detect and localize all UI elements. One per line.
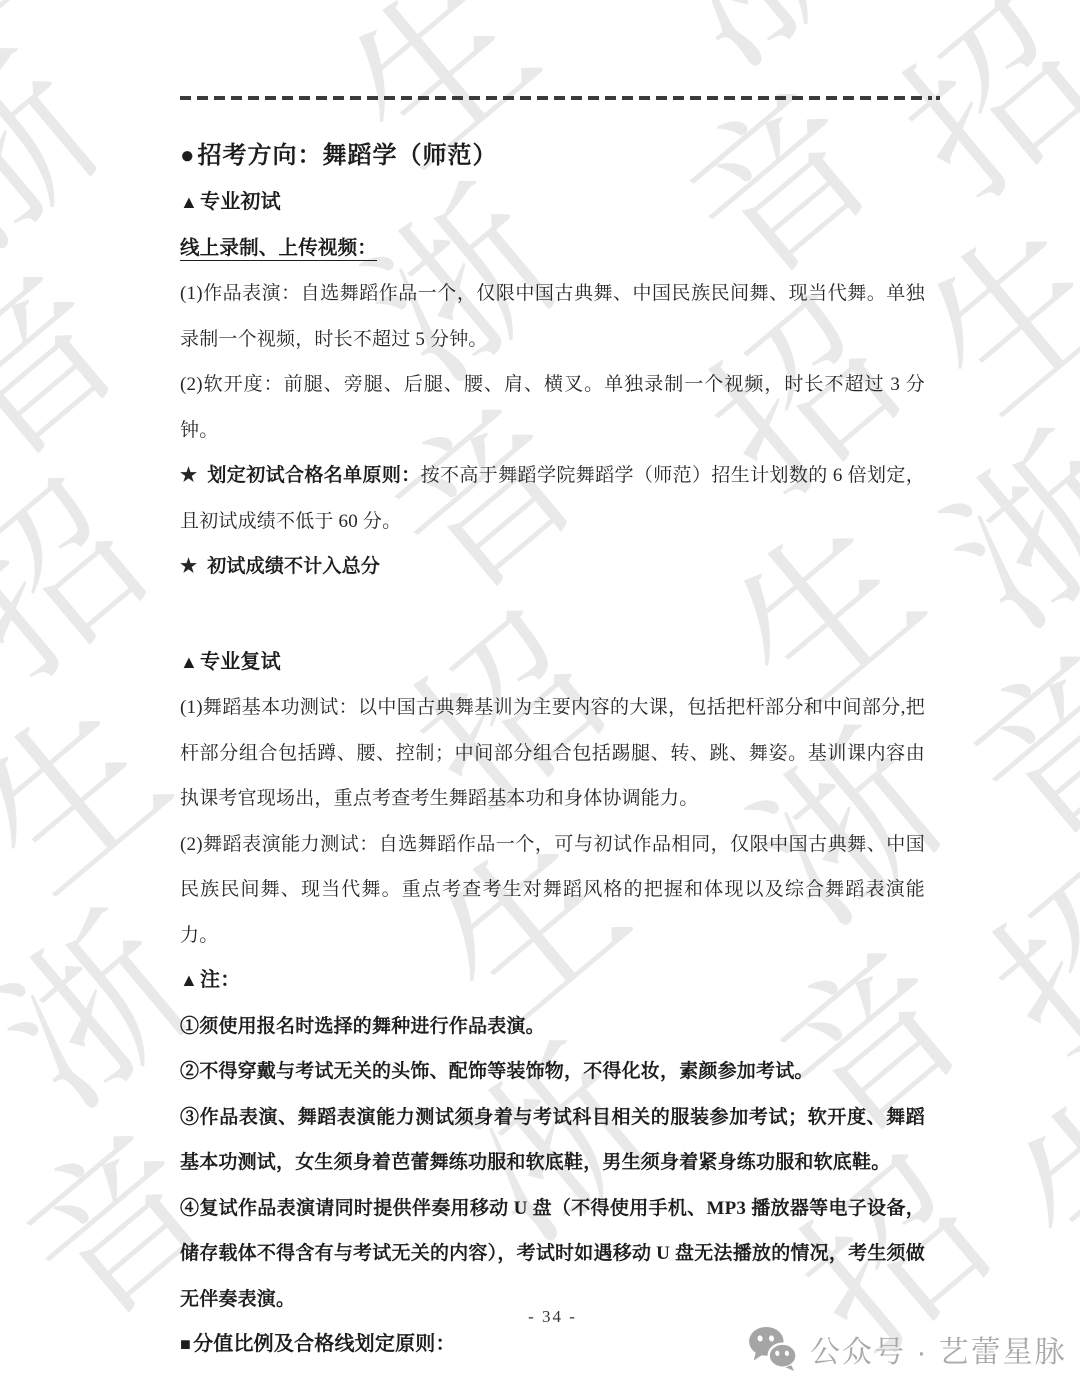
note-item-4: ④复试作品表演请同时提供伴奏用移动 U 盘（不得使用手机、MP3 播放器等电子设… [180,1186,925,1323]
circle-bullet-icon: ● [180,143,196,169]
section-heading-second-test: ▲专业复试 [180,640,925,686]
paragraph-second-test-item-1: (1)舞蹈基本功测试：以中国古典舞基训为主要内容的大课，包括把杆部分和中间部分,… [180,685,925,822]
wechat-account-label: 公众号 · 艺蕾星脉 [810,1327,1067,1371]
page-title-text: 招考方向：舞蹈学（师范） [198,143,498,169]
star-note-qualification-rule: ★划定初试合格名单原则：按不高于舞蹈学院舞蹈学（师范）招生计划数的 6 倍划定，… [180,453,925,544]
note-item-2: ②不得穿戴与考试无关的头饰、配饰等装饰物，不得化妆，素颜参加考试。 [180,1049,925,1095]
section-heading-text: 分值比例及合格线划定原则： [193,1333,456,1355]
subheading-online-recording: 线上录制、上传视频： [180,226,925,272]
paragraph-first-test-item-1: (1)作品表演：自选舞蹈作品一个，仅限中国古典舞、中国民族民间舞、现当代舞。单独… [180,271,925,362]
section-heading-text: 专业复试 [200,651,281,673]
square-bullet-icon: ■ [180,1334,191,1354]
section-heading-notes: ▲注： [180,958,925,1004]
note-item-3: ③作品表演、舞蹈表演能力测试须身着与考试科目相关的服装参加考试；软开度、舞蹈基本… [180,1095,925,1186]
paragraph-second-test-item-2: (2)舞蹈表演能力测试：自选舞蹈作品一个，可与初试作品相同，仅限中国古典舞、中国… [180,822,925,959]
star-icon: ★ [180,556,197,577]
section-heading-text: 注： [200,969,240,991]
wechat-account-badge: 公众号 · 艺蕾星脉 [748,1326,1067,1372]
page-title: ●招考方向：舞蹈学（师范） [180,132,925,180]
star-note-label: 初试成绩不计入总分 [207,556,380,577]
triangle-bullet-icon: ▲ [180,970,198,990]
subheading-text: 线上录制、上传视频： [180,238,387,259]
document-page: 生浙音招生浙音 招生浙音招生浙 浙音招生浙音招 音招生浙音招生 ●招考方向：舞蹈… [0,0,1080,1398]
section-heading-first-test: ▲专业初试 [180,180,925,226]
page-number: - 34 - [180,1307,925,1327]
star-note-score-not-counted: ★初试成绩不计入总分 [180,544,925,590]
wechat-icon [748,1326,798,1372]
star-note-label: 划定初试合格名单原则： [207,465,420,486]
section-heading-text: 专业初试 [200,191,281,213]
dashed-divider [180,96,932,100]
triangle-bullet-icon: ▲ [180,652,198,672]
page-content: ●招考方向：舞蹈学（师范） ▲专业初试 线上录制、上传视频： (1)作品表演：自… [180,96,925,1368]
note-item-1: ①须使用报名时选择的舞种进行作品表演。 [180,1004,925,1050]
paragraph-first-test-item-2: (2)软开度：前腿、旁腿、后腿、腰、肩、横叉。单独录制一个视频，时长不超过 3 … [180,362,925,453]
triangle-bullet-icon: ▲ [180,192,198,212]
star-icon: ★ [180,465,197,486]
